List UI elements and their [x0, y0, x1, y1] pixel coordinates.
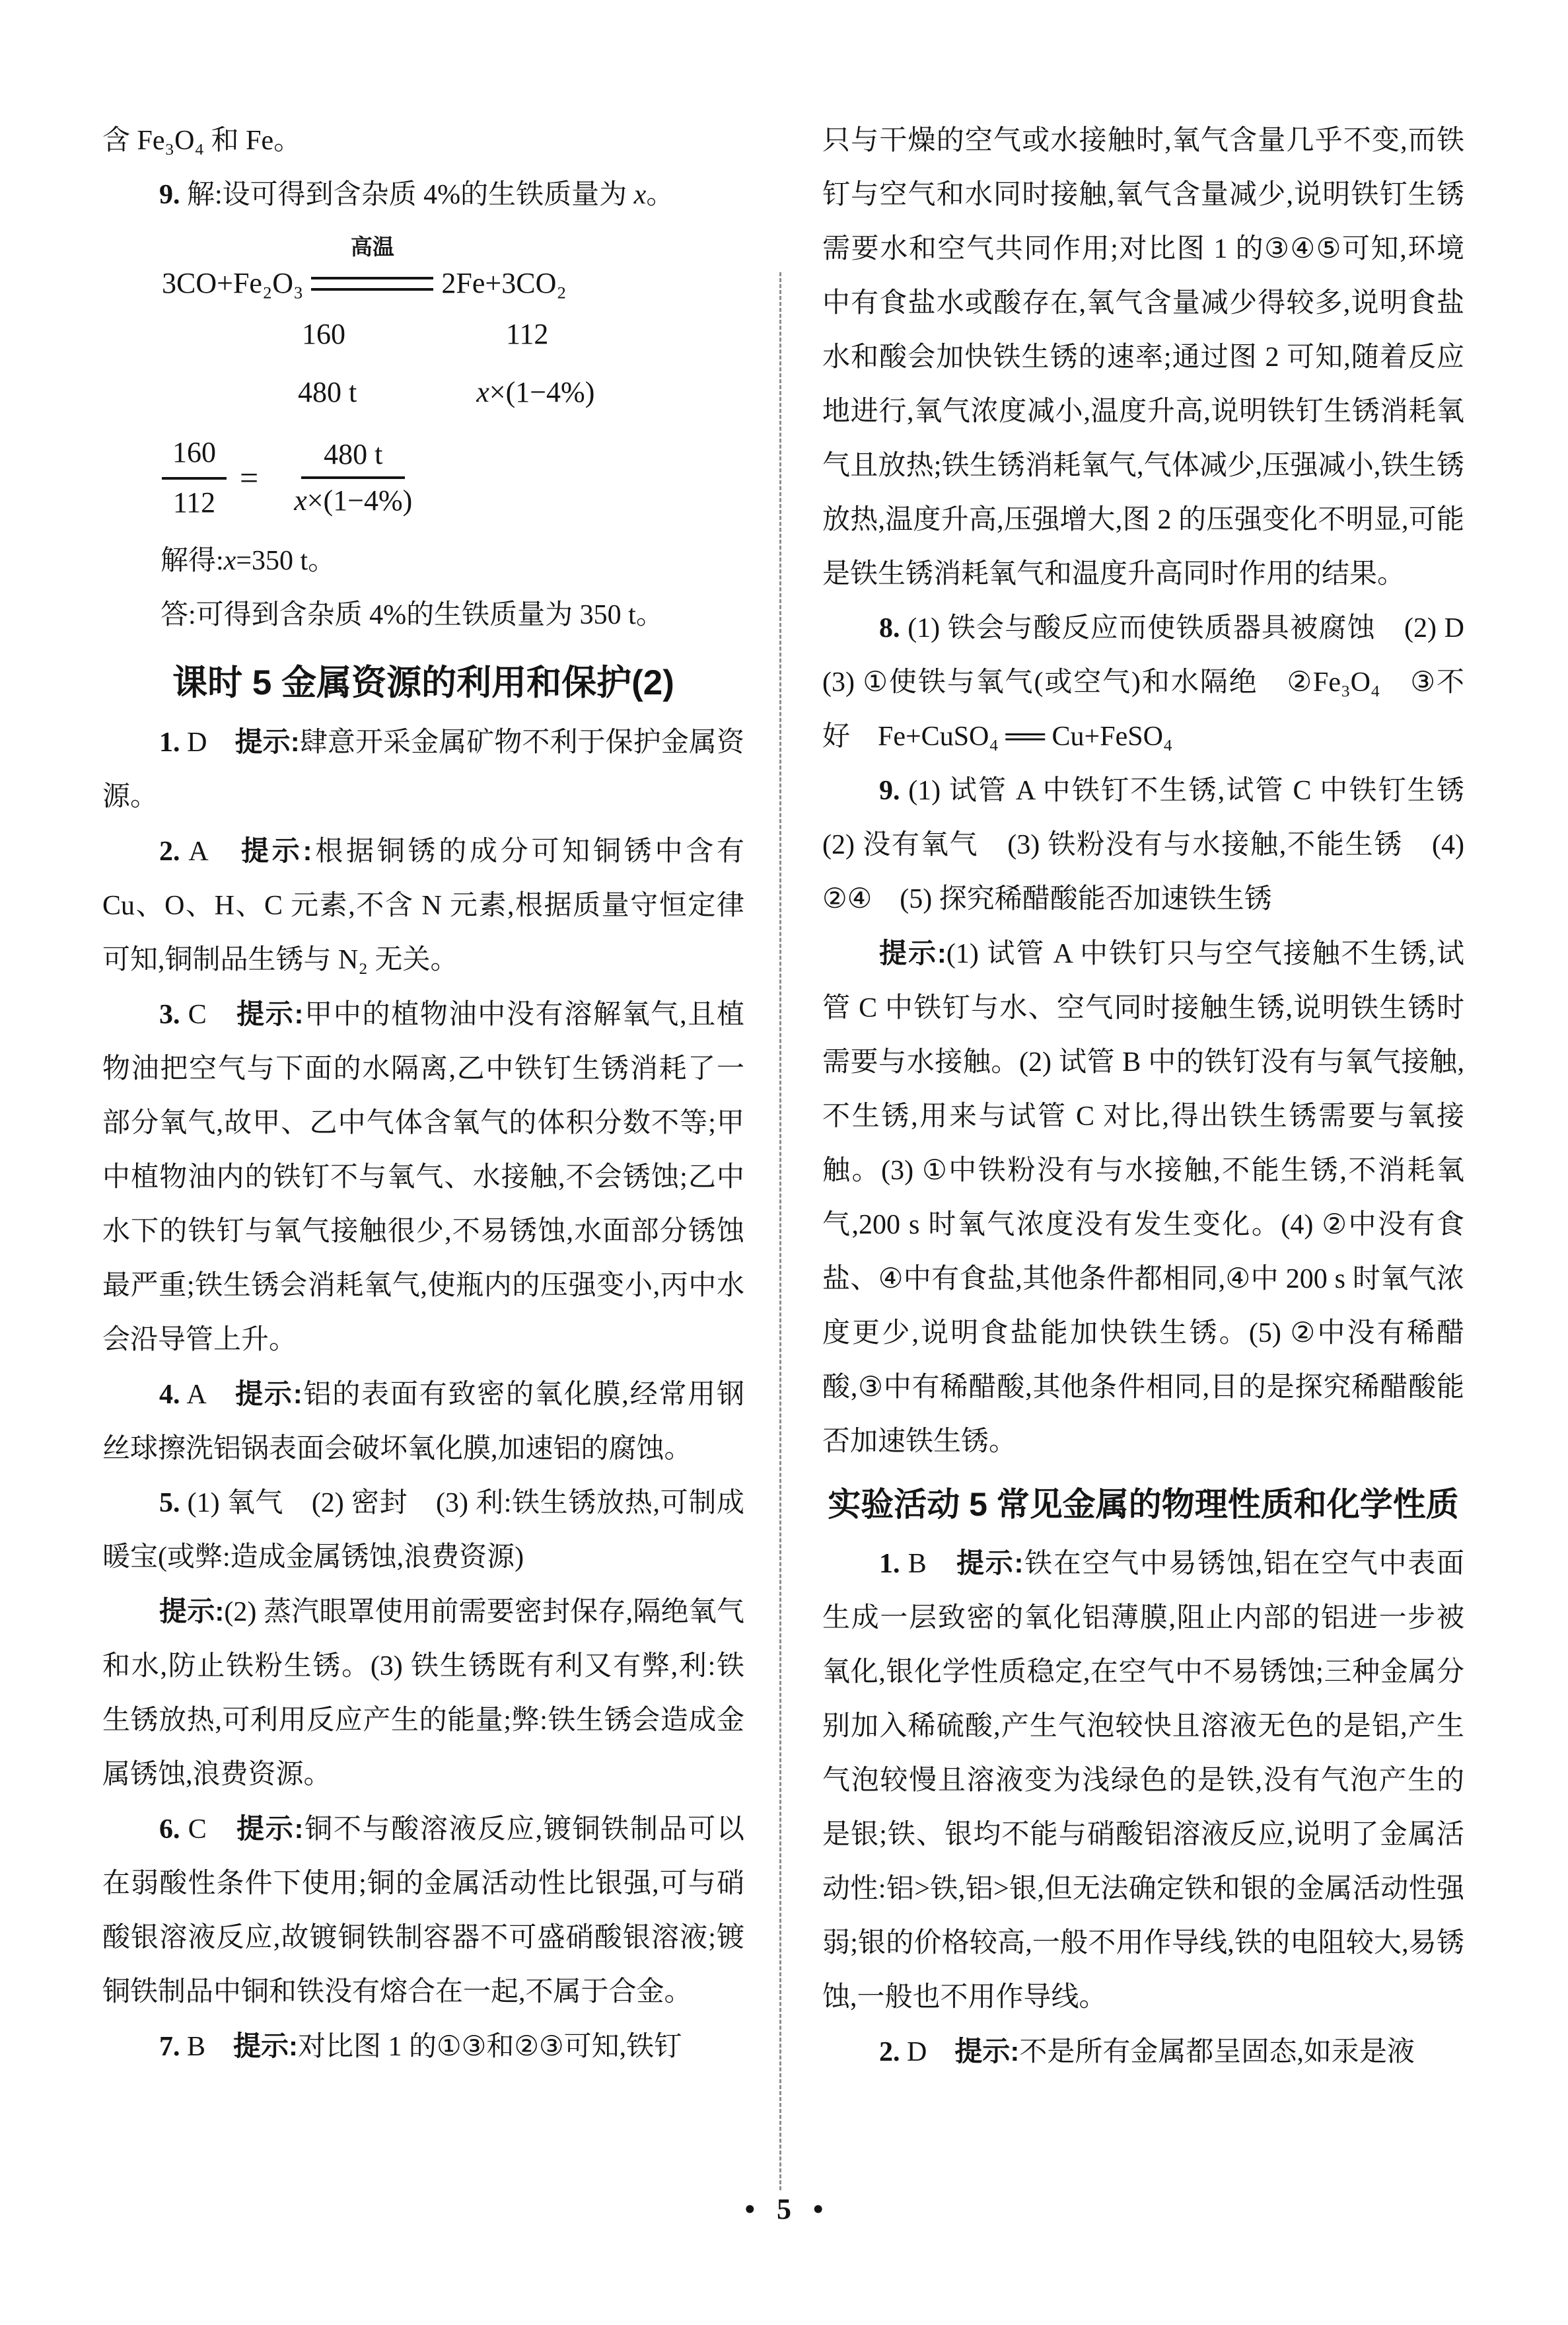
answer-item-4: 4. A 提示:铝的表面有致密的氧化膜,经常用钢丝球擦洗铝锅表面会破坏氧化膜,加… — [102, 1367, 744, 1476]
text-segment: 含 Fe₃O₄ 和 Fe。 — [102, 126, 301, 156]
continuation-paragraph: 只与干燥的空气或水接触时,氧气含量几乎不变,而铁钉与空气和水同时接触,氧气含量减… — [822, 114, 1464, 601]
text-segment: 提示: — [233, 2030, 298, 2061]
answer-item-6: 6. C 提示:铜不与酸溶液反应,镀铜铁制品可以在弱酸性条件下使用;铜的金属活动… — [102, 1802, 744, 2019]
text-segment: 4. — [159, 1380, 180, 1410]
hint-after-answer-9: 提示:(1) 试管 A 中铁钉只与空气接触不生锈,试管 C 中铁钉与水、空气同时… — [822, 926, 1464, 1469]
text-segment: 6. — [159, 1814, 180, 1845]
text-segment: 提示: — [159, 1596, 224, 1627]
text-segment — [207, 1814, 236, 1845]
text-segment — [207, 1000, 236, 1030]
right-column: 只与干燥的空气或水接触时,氧气含量几乎不变,而铁钉与空气和水同时接触,氧气含量减… — [822, 114, 1464, 2079]
solution-answer: 答:可得到含杂质 4%的生铁质量为 350 t。 — [160, 588, 744, 642]
text-segment: 提示: — [956, 1547, 1023, 1578]
answer-item-7: 7. B 提示:对比图 1 的①③和②③可知,铁钉 — [102, 2019, 744, 2074]
text-segment: =350 t。 — [236, 546, 336, 576]
answer-item-2: 2. A 提示:根据铜锈的成分可知铜锈中含有 Cu、O、H、C 元素,不含 N … — [102, 824, 744, 987]
text-segment: 5. — [159, 1488, 180, 1518]
equation-products: 2Fe+3CO₂ — [441, 256, 566, 311]
text-segment: 7. — [159, 2032, 180, 2062]
ratio-numerator: 160 — [162, 431, 227, 480]
problem-9-solution-intro: 9. 解:设可得到含杂质 4%的生铁质量为 x。 — [102, 168, 744, 222]
text-segment: C — [180, 1814, 207, 1845]
page-number: • 5 • — [0, 2192, 1568, 2226]
text-segment: 2. — [879, 2037, 900, 2067]
answer-item-5: 5. (1) 氧气 (2) 密封 (3) 利:铁生锈放热,可制成暖宝(或弊:造成… — [102, 1476, 744, 1584]
text-segment — [207, 727, 234, 758]
chemical-equation-block: 3CO+Fe₂O₃ 高温 2Fe+3CO₂ 160 112 480 t x×(1… — [162, 229, 744, 525]
text-segment: 解得: — [160, 546, 224, 576]
text-segment: D — [900, 2037, 927, 2067]
text-segment: 提示: — [236, 998, 303, 1029]
text-segment: 9. — [879, 776, 900, 806]
text-segment: 8. — [879, 613, 900, 644]
answer-item-3: 3. C 提示:甲中的植物油中没有溶解氧气,且植物油把空气与下面的水隔离,乙中铁… — [102, 987, 744, 1367]
text-segment: 答:可得到含杂质 4%的生铁质量为 350 t。 — [160, 600, 664, 630]
mass-fraction: 480 t x×(1−4%) — [271, 433, 435, 523]
text-segment: x — [224, 546, 236, 576]
text-segment: (1) 试管 A 中铁钉不生锈,试管 C 中铁钉生锈 (2) 没有氧气 (3) … — [822, 776, 1492, 914]
ratio-fraction: 160 112 — [162, 431, 227, 525]
answer-item-9: 9. (1) 试管 A 中铁钉不生锈,试管 C 中铁钉生锈 (2) 没有氧气 (… — [822, 764, 1464, 926]
text-segment: 3. — [159, 1000, 180, 1030]
text-segment: B — [900, 1549, 927, 1579]
solution-result: 解得:x=350 t。 — [160, 534, 744, 588]
text-segment: ×(1−4%) — [307, 484, 413, 517]
mass-numerator: 480 t — [301, 433, 405, 479]
molar-mass-product: 112 — [506, 304, 548, 365]
text-segment: 铁在空气中易锈蚀,铝在空气中表面生成一层致密的氧化铝薄膜,阻止内部的铝进一步被氧… — [822, 1549, 1464, 2012]
text-segment: A — [180, 836, 207, 867]
lesson-5-heading: 课时 5 金属资源的利用和保护(2) — [102, 651, 744, 715]
text-segment — [207, 836, 241, 867]
text-segment: 提示: — [235, 726, 300, 757]
molar-mass-row: 160 112 — [162, 304, 744, 362]
proportion-equation: 160 112 = 480 t x×(1−4%) — [162, 431, 744, 525]
text-segment: (1) 铁会与酸反应而使铁质器具被腐蚀 (2) D (3) ①使铁与氧气(或空气… — [822, 613, 1492, 752]
left-column: 含 Fe₃O₄ 和 Fe。 9. 解:设可得到含杂质 4%的生铁质量为 x。 3… — [102, 114, 744, 2074]
activity-answer-2: 2. D 提示:不是所有金属都呈固态,如汞是液 — [822, 2024, 1464, 2079]
molar-mass-reactant: 160 — [302, 304, 345, 365]
text-segment: (1) 氧气 (2) 密封 (3) 利:铁生锈放热,可制成暖宝(或弊:造成金属锈… — [102, 1488, 744, 1572]
text-segment: B — [180, 2032, 206, 2062]
text-segment: (1) 试管 A 中铁钉只与空气接触不生锈,试管 C 中铁钉与水、空气同时接触生… — [822, 939, 1464, 1457]
chemical-equation: 3CO+Fe₂O₃ 高温 2Fe+3CO₂ — [162, 229, 744, 304]
unknown-mass: x×(1−4%) — [476, 362, 594, 423]
text-segment: x — [634, 180, 647, 210]
text-segment — [927, 1549, 956, 1579]
text-segment: 对比图 1 的①③和②③可知,铁钉 — [298, 2032, 682, 2062]
text-segment: 提示: — [241, 835, 312, 866]
carryover-text: 含 Fe₃O₄ 和 Fe。 — [102, 114, 744, 168]
text-segment: x — [476, 376, 489, 408]
reaction-condition: 高温 — [311, 277, 433, 291]
text-segment: A — [180, 1380, 205, 1410]
text-segment: 解:设可得到含杂质 4%的生铁质量为 — [180, 180, 634, 210]
column-divider — [779, 272, 781, 2190]
text-segment: 只与干燥的空气或水接触时,氧气含量几乎不变,而铁钉与空气和水同时接触,氧气含量减… — [822, 126, 1464, 589]
text-segment: 甲中的植物油中没有溶解氧气,且植物油把空气与下面的水隔离,乙中铁钉生锈消耗了一部… — [102, 1000, 744, 1355]
text-segment: 1. — [159, 727, 180, 758]
text-segment: x — [294, 484, 307, 517]
equals-sign: = — [240, 451, 258, 505]
text-segment: 提示: — [236, 1813, 303, 1844]
text-segment: 。 — [646, 180, 674, 210]
answer-key-page: 含 Fe₃O₄ 和 Fe。 9. 解:设可得到含杂质 4%的生铁质量为 x。 3… — [0, 0, 1568, 2325]
text-segment: ×(1−4%) — [489, 376, 595, 408]
answer-item-8: 8. (1) 铁会与酸反应而使铁质器具被腐蚀 (2) D (3) ①使铁与氧气(… — [822, 601, 1464, 764]
ratio-denominator: 112 — [162, 480, 226, 525]
activity-answer-1: 1. B 提示:铁在空气中易锈蚀,铝在空气中表面生成一层致密的氧化铝薄膜,阻止内… — [822, 1536, 1464, 2024]
hint-after-answer-5: 提示:(2) 蒸汽眼罩使用前需要密封保存,隔绝氧气和水,防止铁粉生锈。(3) 铁… — [102, 1584, 744, 1802]
text-segment: C — [180, 1000, 207, 1030]
text-segment: D — [180, 727, 207, 758]
text-segment: 不是所有金属都呈固态,如汞是液 — [1019, 2037, 1415, 2067]
condition-label: 高温 — [351, 221, 394, 275]
given-quantity-row: 480 t x×(1−4%) — [162, 362, 744, 420]
text-segment: 提示: — [879, 938, 946, 969]
mass-denominator: x×(1−4%) — [271, 479, 435, 523]
text-segment — [205, 1380, 236, 1410]
text-segment: 1. — [879, 1549, 900, 1579]
double-bond-equals-icon — [311, 277, 433, 291]
text-segment: 提示: — [235, 1378, 303, 1409]
text-segment — [205, 2032, 233, 2062]
text-segment: 9. — [159, 180, 180, 210]
given-mass: 480 t — [298, 362, 357, 423]
text-segment — [927, 2037, 954, 2067]
equation-reactants: 3CO+Fe₂O₃ — [162, 256, 303, 311]
answer-item-1: 1. D 提示:肆意开采金属矿物不利于保护金属资源。 — [102, 715, 744, 824]
text-segment: 提示: — [954, 2036, 1019, 2067]
activity-5-heading: 实验活动 5 常见金属的物理性质和化学性质 — [822, 1473, 1464, 1536]
text-segment: 2. — [159, 836, 180, 867]
